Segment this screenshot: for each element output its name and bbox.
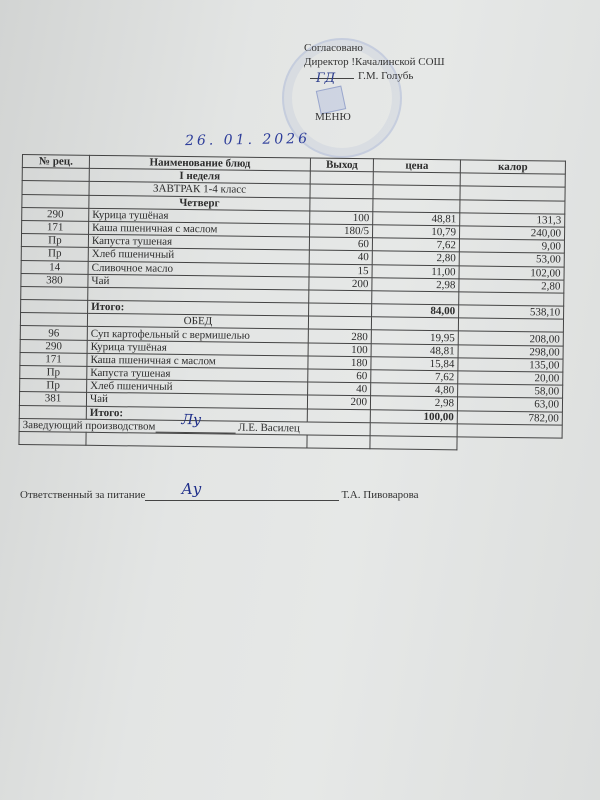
handwritten-date: 26. 01. 2026 — [185, 131, 310, 149]
menu-title: МЕНЮ — [315, 111, 351, 123]
calories: 53,00 — [459, 252, 564, 266]
responsible-signature: Ау — [181, 480, 201, 498]
price: 11,00 — [372, 264, 459, 278]
calories: 63,00 — [457, 397, 562, 411]
calories: 102,00 — [459, 265, 564, 279]
price: 15,84 — [371, 357, 458, 371]
price: 48,81 — [373, 212, 460, 226]
production-head-signature: Лу — [181, 414, 201, 426]
header-recipe-no: № рец. — [22, 155, 89, 169]
recipe-no: Пр — [20, 365, 87, 379]
production-head-signature-line: Лу — [155, 421, 235, 433]
price: 2,80 — [372, 251, 459, 265]
portion: 180/5 — [310, 224, 373, 238]
price: 48,81 — [371, 343, 458, 357]
breakfast-total-price: 84,00 — [372, 304, 459, 318]
director-signature-row: ГДГ.М. Голубь — [304, 69, 445, 83]
director-name: Г.М. Голубь — [358, 70, 413, 82]
recipe-no: 290 — [20, 339, 87, 353]
recipe-no: 171 — [22, 220, 89, 234]
calories: 2,80 — [459, 279, 564, 293]
responsible-block: Ответственный за питаниеАуТ.А. Пивоваров… — [20, 489, 419, 501]
calories: 240,00 — [459, 226, 564, 240]
portion: 180 — [308, 356, 371, 370]
approval-label: Согласовано — [304, 41, 445, 55]
portion: 100 — [310, 211, 373, 225]
portion: 40 — [309, 250, 372, 264]
recipe-no: 96 — [20, 326, 87, 340]
portion: 100 — [308, 343, 371, 357]
calories: 135,00 — [458, 358, 563, 372]
recipe-no: 14 — [21, 260, 88, 274]
header-price: цена — [373, 159, 460, 173]
calories: 298,00 — [458, 344, 563, 358]
lunch-total-calories: 782,00 — [457, 410, 562, 424]
portion: 280 — [308, 329, 371, 343]
price: 7,62 — [371, 370, 458, 384]
price: 10,79 — [373, 225, 460, 239]
director-signature-line: ГД — [310, 78, 354, 79]
responsible-label: Ответственный за питание — [20, 489, 145, 501]
breakfast-total-calories: 538,10 — [459, 305, 564, 319]
recipe-no: 381 — [19, 392, 86, 406]
director-signature: ГД — [316, 72, 335, 86]
recipe-no: 290 — [22, 207, 89, 221]
recipe-no: Пр — [20, 379, 87, 393]
approval-block: Согласовано Директор !Качалинской СОШ ГД… — [304, 41, 445, 83]
lunch-total-price: 100,00 — [370, 409, 457, 423]
portion: 60 — [309, 237, 372, 251]
responsible-name: Т.А. Пивоварова — [341, 489, 418, 501]
portion: 200 — [309, 277, 372, 291]
menu-table: № рец. Наименование блюд Выход цена кало… — [18, 154, 566, 452]
recipe-no: 171 — [20, 352, 87, 366]
price: 4,80 — [371, 383, 458, 397]
recipe-no: Пр — [21, 247, 88, 261]
calories: 9,00 — [459, 239, 564, 253]
calories: 208,00 — [458, 331, 563, 345]
calories: 58,00 — [458, 384, 563, 398]
portion: 60 — [308, 369, 371, 383]
price: 2,98 — [370, 396, 457, 410]
recipe-no: 380 — [21, 273, 88, 287]
price: 19,95 — [371, 330, 458, 344]
responsible-signature-line: Ау — [145, 490, 339, 501]
calories: 20,00 — [458, 371, 563, 385]
portion: 15 — [309, 264, 372, 278]
director-title: Директор !Качалинской СОШ — [304, 55, 445, 69]
price: 2,98 — [372, 277, 459, 291]
price: 7,62 — [372, 238, 459, 252]
recipe-no: Пр — [21, 234, 88, 248]
calories: 131,3 — [460, 213, 565, 227]
portion: 200 — [307, 395, 370, 409]
production-head-label: Заведующий производством — [23, 419, 156, 433]
portion: 40 — [308, 382, 371, 396]
header-portion: Выход — [310, 158, 373, 172]
production-head-name: Л.Е. Василец — [238, 422, 300, 435]
header-calories: калор — [460, 160, 565, 174]
